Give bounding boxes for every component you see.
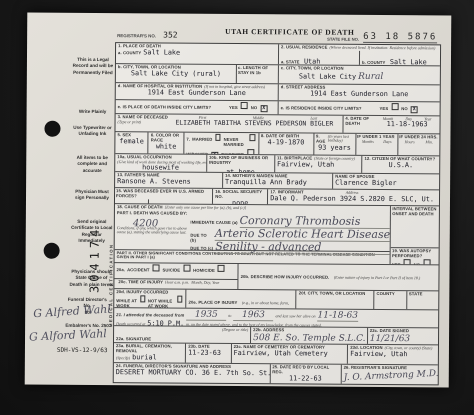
residence-city-handwritten: Rural <box>358 72 383 82</box>
place-city-value: Salt Lake City (rural) <box>118 70 234 79</box>
field-residence-city-limits: e. IS RESIDENCE INSIDE CITY LIMITS? YES … <box>278 101 440 115</box>
death-limits-yes-checkbox <box>241 102 248 109</box>
never-married-label: NEVER MARRIED <box>224 138 247 148</box>
accident-checkbox <box>152 264 159 271</box>
field-sex: 5. SEX female <box>115 132 148 153</box>
field-injury-county: COUNTY <box>373 291 406 309</box>
field-burial-date: 23b. DATE 11-23-63 <box>185 344 230 363</box>
signature-label: 22a. SIGNATURE <box>116 336 151 341</box>
occupation-value: housewife <box>117 164 204 171</box>
due-to-c-label: DUE TO (c) <box>190 246 213 251</box>
residence-county-label: b. COUNTY <box>362 60 386 65</box>
field-time-of-injury: 20c. TIME OF INJURY Hour a.m. p.m. Month… <box>114 279 237 287</box>
attended-pre-text: 21. I attended the deceased from <box>116 313 184 318</box>
field-interval-autopsy: INTERVAL BETWEEN ONSET AND DEATH 19. WAS… <box>390 206 439 264</box>
death-limits-no-label: NO <box>251 106 258 111</box>
field-name-of-deceased: 3. NAME OF DECEASED (Type or print) Firs… <box>115 114 342 133</box>
birthplace-value: Fairview, Utah <box>277 161 360 169</box>
months-label: Months <box>362 140 374 144</box>
residence-limits-no-label: NO <box>401 107 408 112</box>
residence-limits-yes-checkbox <box>391 103 398 110</box>
divorced-checkbox <box>247 149 254 154</box>
county-value: Salt Lake <box>143 49 180 57</box>
field-armed-forces: 15. WAS DECEASED EVER IN U.S. ARMED FORC… <box>115 188 212 204</box>
residence-state-value: Utah <box>304 57 320 65</box>
informant-value: Dale Q. Pederson 3924 S.2820 E. SLC, Ut. <box>270 195 437 204</box>
certificate-form: REGISTRAR'S NO. 352 UTAH CERTIFICATE OF … <box>113 25 441 385</box>
interval-label: INTERVAL BETWEEN ONSET AND DEATH <box>391 206 439 218</box>
married-label: MARRIED <box>192 138 212 143</box>
business-value: at home <box>209 168 272 172</box>
field-informant: 17. INFORMANT Address Dale Q. Pederson 3… <box>267 189 439 205</box>
age-value: 93 years <box>316 144 353 152</box>
location-value: Fairview, Utah <box>350 351 436 359</box>
describe-injury-label: 20b. DESCRIBE HOW INJURY OCCURRED. <box>241 274 330 280</box>
code-handwritten: 4200 <box>133 218 159 229</box>
field-place-of-death-county: 1. PLACE OF DEATH a. COUNTY Salt Lake <box>116 43 278 64</box>
time-of-injury-hour-label: Hour a.m. p.m. <box>165 280 189 285</box>
divorced-label: DIVORCED <box>221 153 244 155</box>
date-of-death-label: 4. DATE OF DEATH <box>345 117 376 132</box>
burial-value: burial <box>132 354 157 362</box>
field-date-of-birth: 8. DATE OF BIRTH 4-19-1870 <box>258 133 313 154</box>
punch-hole-top <box>44 121 60 137</box>
last-seen-handwritten: 11-18-63 <box>318 311 359 322</box>
homicide-label: HOMICIDE <box>193 269 215 274</box>
not-while-at-work-label: NOT WHILE AT WORK <box>148 299 175 307</box>
item20a-number: 20a. <box>116 268 125 273</box>
registrar-no-label: REGISTRAR'S NO. <box>117 33 156 38</box>
residence-limits-label: e. IS RESIDENCE INSIDE CITY LIMITS? <box>281 106 362 111</box>
sex-value: female <box>117 138 145 146</box>
residence-state-label: a. STATE <box>281 59 300 64</box>
business-label: 10b. KIND OF BUSINESS OR INDUSTRY <box>209 156 272 166</box>
spouse-value: Clarence Bigler <box>335 180 437 189</box>
residence-limits-no-checkbox: X <box>411 106 418 113</box>
name-value: ELIZABETH TABITHA STEVENS PEDERSON BIGLE… <box>175 120 340 129</box>
field-street-address: d. STREET ADDRESS 1914 East Gunderson La… <box>278 84 440 101</box>
injury-county-label: COUNTY <box>376 292 403 297</box>
hours-label: Hours <box>405 140 415 144</box>
attended-to-word: to <box>228 314 231 318</box>
field-age-under-one: IF UNDER 1 YEAR Months Days IF UNDER 24 … <box>355 134 439 156</box>
injury-city-label: 20f. CITY, TOWN, OR LOCATION <box>299 291 372 296</box>
cause-c-handwritten: Senility - advanced <box>215 240 390 255</box>
field-physician-signature: 22a. SIGNATURE (Degree or title) Frank M… <box>114 326 250 343</box>
registrar-no-value: 352 <box>163 30 178 39</box>
field-business: 10b. KIND OF BUSINESS OR INDUSTRY at hom… <box>206 155 274 172</box>
registrar-signature-handwritten: J. O. Armstrong M.D. #41 <box>343 369 436 383</box>
funeral-director-value: DESERET MORTUARY CO. 36 E. 7th So. St. <box>116 369 268 378</box>
field-occupation: 10a. USUAL OCCUPATION (Give kind of work… <box>115 154 206 172</box>
date-signed-handwritten: 11/21/63 <box>370 334 436 344</box>
field-cause-of-death: 18. CAUSE OF DEATH [Enter only one cause… <box>115 204 391 264</box>
death-certificate-paper: 304174 This is a Legal Record and will b… <box>25 13 452 388</box>
form-code: SDH-VS-12-9/63 <box>57 347 108 354</box>
burial-date-value: 11-23-63 <box>188 349 228 357</box>
while-at-work-checkbox <box>140 295 145 302</box>
margin-note-send-original: Send original Certificate to Local Regis… <box>70 219 114 245</box>
suicide-label: SUICIDE <box>162 268 180 273</box>
time-of-injury-main-label: 20c. TIME OF INJURY <box>118 280 163 285</box>
mother-value: Tranquilla Ann Brady <box>225 179 330 188</box>
immediate-cause-label: IMMEDIATE CAUSE (a) <box>190 220 237 225</box>
autopsy-yes-checkbox <box>404 259 411 265</box>
field-cemetery-location: 23d. LOCATION (City, town, or county) (S… <box>347 345 438 365</box>
describe-injury-sublabel: (Enter nature of injury in Part I or Par… <box>334 275 420 281</box>
min-label: Min. <box>425 140 432 144</box>
state-file-no-value: 63 18 5876 <box>363 32 437 44</box>
field-funeral-director: 24. FUNERAL DIRECTOR'S SIGNATURE AND ADD… <box>114 363 270 383</box>
death-limits-label: e. IS PLACE OF DEATH INSIDE CITY LIMITS? <box>118 105 211 110</box>
injury-state-label: STATE <box>409 292 436 297</box>
field-residence-city: c. CITY, TOWN, OR LOCATION Salt Lake Cit… <box>278 65 440 84</box>
margin-note-physician-sign: Physician Must sign Personally <box>70 189 114 202</box>
father-value: Ransone A. Stevens <box>117 178 220 187</box>
death-limits-no-checkbox: X <box>260 105 267 112</box>
form-table: 1. PLACE OF DEATH a. COUNTY Salt Lake 2.… <box>113 42 441 385</box>
certificate-title: UTAH CERTIFICATE OF DEATH <box>225 27 354 37</box>
field-birthplace: 11. BIRTHPLACE (State or foreign country… <box>274 155 362 173</box>
field-burial: 23a. BURIAL, CREMATION, REMOVAL (Specify… <box>114 343 185 362</box>
field-place-of-injury: 20e. PLACE OF INJURY (e.g., in or about … <box>186 290 296 309</box>
punch-hole-bottom <box>44 243 60 259</box>
field-describe-injury: 20b. DESCRIBE HOW INJURY OCCURRED. (Ente… <box>238 264 438 290</box>
field-date-of-death: 4. DATE OF DEATH Month Day Year 11-18-19… <box>342 116 439 134</box>
field-physician-address: 22b. ADDRESS 508 E. So. Temple S.L.C. <box>250 327 367 344</box>
autopsy-no-label: NO <box>414 263 421 265</box>
field-mother-name: 14. MOTHER'S MAIDEN NAME Tranquilla Ann … <box>222 173 332 189</box>
field-injury-city: 20f. CITY, TOWN, OR LOCATION <box>296 290 374 309</box>
days-label: Days <box>383 140 391 144</box>
attended-from-handwritten: 1935 <box>186 310 226 321</box>
citizen-value: U.S.A. <box>364 162 437 170</box>
field-death-city-limits: e. IS PLACE OF DEATH INSIDE CITY LIMITS?… <box>116 100 278 114</box>
hospital-value: 1914 East Gunderson Lane <box>118 89 276 98</box>
suicide-checkbox <box>183 265 190 272</box>
married-checkbox <box>215 134 220 141</box>
burial-sublabel: (Specify) <box>116 356 130 360</box>
field-citizen: 12. CITIZEN OF WHAT COUNTRY? U.S.A. <box>361 156 439 174</box>
field-attended-statement: 21. I attended the deceased from 1935 to… <box>114 308 438 327</box>
autopsy-no-checkbox <box>423 259 430 264</box>
homicide-checkbox <box>218 265 225 272</box>
item7-number: 7. <box>186 138 190 143</box>
date-received-value: 11-22-63 <box>272 375 338 383</box>
margin-note-complete: All items to be complete and accurate <box>70 155 114 175</box>
name-sublabel: (Type or print) <box>118 120 176 125</box>
margin-note-cause-plain: Physicians should State Cause of Death i… <box>69 269 113 289</box>
margin-note-typewriter: Use Typewriter or Unfading Ink <box>70 125 114 138</box>
attended-mid-text: and last saw her alive on <box>275 314 315 319</box>
ssn-value: none <box>215 199 265 204</box>
age-sublabel: (In years last birthday) <box>328 135 353 144</box>
degree-sublabel: (Degree or title) <box>222 328 248 333</box>
cemetery-value: Fairview, Utah Cemetery <box>234 350 346 359</box>
residence-city-value: Salt Lake City <box>299 73 356 81</box>
field-cemetery: 23c. NAME OF CEMETERY OR CREMATORY Fairv… <box>230 344 347 364</box>
field-race: 6. COLOR OR RACE white <box>148 132 184 153</box>
street-address-value: 1914 East Gunderson Lane <box>281 90 438 99</box>
field-spouse-name: NAME OF SPOUSE Clarence Bigler <box>332 174 439 190</box>
county-label: a. COUNTY <box>118 51 141 56</box>
field-date-received: 25. DATE REC'D BY LOCAL REG. 11-22-63 <box>269 364 340 383</box>
length-of-stay-label: c. LENGTH OF STAY IN 1b <box>238 66 277 76</box>
field-injury-state: STATE <box>406 291 439 309</box>
place-of-injury-label: 20e. PLACE OF INJURY <box>189 300 238 305</box>
margin-note-write-plainly: Write Plainly <box>71 109 115 116</box>
residence-limits-yes-label: YES <box>380 107 389 112</box>
armed-forces-label: 15. WAS DECEASED EVER IN U.S. ARMED FORC… <box>115 188 212 199</box>
dob-value: 4-19-1870 <box>261 139 311 147</box>
field-date-signed: 22c. DATE SIGNED 11/21/63 <box>367 328 438 344</box>
form-header: REGISTRAR'S NO. 352 UTAH CERTIFICATE OF … <box>115 25 441 44</box>
field-registrar-signature: 26. REGISTRAR'S SIGNATURE J. O. Armstron… <box>341 365 438 385</box>
field-father-name: 13. FATHER'S NAME Ransone A. Stevens <box>115 172 222 188</box>
state-file-no-label: STATE FILE NO. <box>327 37 359 42</box>
part1-label: PART I. DEATH WAS CAUSED BY: <box>117 211 189 216</box>
field-accident-type: 20a. ACCIDENT SUICIDE HOMICIDE <box>114 263 237 280</box>
embalmer-signature-handwritten: G Alford Wahl <box>29 327 107 344</box>
field-age: 9. AGE (In years last birthday) 93 years <box>313 134 355 155</box>
funeral-director-signature-handwritten: G Alfred Wahl <box>33 302 111 320</box>
field-place-city: b. CITY, TOWN, OR LOCATION Salt Lake Cit… <box>116 64 278 83</box>
field-hospital: d. NAME OF HOSPITAL OR INSTITUTION (If n… <box>116 83 278 100</box>
date-of-death-value: 11-18-1963 <box>377 121 438 129</box>
race-value: white <box>151 143 182 151</box>
autopsy-label: 19. WAS AUTOPSY PERFORMED? <box>392 249 438 259</box>
physician-address-handwritten: 508 E. So. Temple S.L.C. <box>253 333 365 344</box>
accident-label: ACCIDENT <box>127 268 149 273</box>
field-usual-residence: 2. USUAL RESIDENCE (Where deceased lived… <box>278 44 440 65</box>
field-ssn: 16. SOCIAL SECURITY NO. none <box>212 189 267 204</box>
field-injury-occurred: 20d. INJURY OCCURRED WHILE AT WORK NOT W… <box>114 289 185 307</box>
field-marital-status: 7. MARRIED NEVER MARRIED WIDOWEDX DIVORC… <box>183 133 258 155</box>
residence-county-value: Salt Lake <box>390 58 427 66</box>
death-limits-yes-label: YES <box>229 106 238 111</box>
not-while-at-work-checkbox <box>178 295 183 302</box>
while-at-work-label: WHILE AT WORK <box>116 299 137 308</box>
margin-note-legal: This is a Legal Record and will be Perma… <box>71 57 115 77</box>
attended-to-handwritten: 1963 <box>233 310 273 321</box>
never-married-checkbox <box>250 134 255 141</box>
time-of-injury-date-label: Month, Day, Year <box>191 281 219 286</box>
widowed-checkbox: X <box>211 151 218 154</box>
